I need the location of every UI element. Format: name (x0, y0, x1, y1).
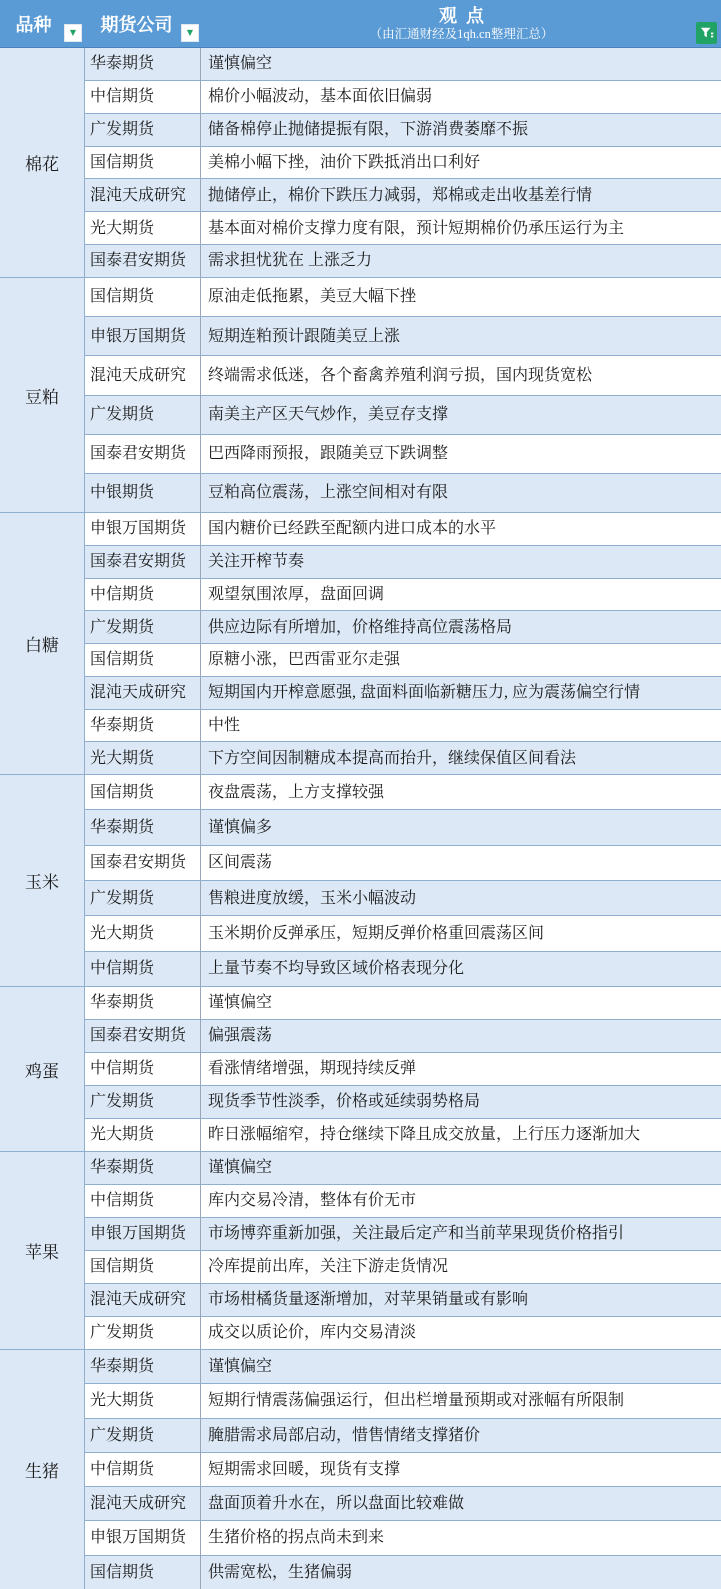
opinion-cell[interactable]: 基本面对棉价支撑力度有限，预计短期棉价仍承压运行为主 (201, 212, 721, 244)
opinion-cell[interactable]: 棉价小幅波动，基本面依旧偏弱 (201, 81, 721, 113)
commodity-label: 鸡蛋 (25, 1057, 59, 1082)
opinion-cell[interactable]: 上量节奏不均导致区域价格表现分化 (201, 952, 721, 986)
company-cell[interactable]: 华泰期货 (85, 1350, 201, 1383)
header-variety: 品种 ▼ (0, 0, 85, 47)
opinion-cell[interactable]: 需求担忧犹在 上涨乏力 (201, 245, 721, 277)
company-cell[interactable]: 国信期货 (85, 1556, 201, 1589)
company-cell[interactable]: 广发期货 (85, 1317, 201, 1349)
opinion-cell[interactable]: 偏强震荡 (201, 1020, 721, 1052)
opinion-cell[interactable]: 看涨情绪增强，期现持续反弹 (201, 1053, 721, 1085)
opinion-cell[interactable]: 豆粕高位震荡，上涨空间相对有限 (201, 474, 721, 512)
opinion-cell[interactable]: 谨慎偏空 (201, 48, 721, 80)
commodity-label: 棉花 (25, 150, 59, 175)
table-row: 国信期货 原糖小涨，巴西雷亚尔走强 (85, 644, 721, 677)
company-cell[interactable]: 广发期货 (85, 1086, 201, 1118)
table-row: 光大期货 基本面对棉价支撑力度有限，预计短期棉价仍承压运行为主 (85, 212, 721, 245)
table-row: 国泰君安期货 需求担忧犹在 上涨乏力 (85, 245, 721, 277)
table-row: 国信期货 冷库提前出库，关注下游走货情况 (85, 1251, 721, 1284)
opinion-cell[interactable]: 短期需求回暖，现货有支撑 (201, 1453, 721, 1486)
company-cell[interactable]: 混沌天成研究 (85, 179, 201, 211)
company-cell[interactable]: 混沌天成研究 (85, 1487, 201, 1520)
company-cell[interactable]: 中信期货 (85, 1053, 201, 1085)
company-cell[interactable]: 申银万国期货 (85, 513, 201, 545)
commodity-section: 玉米 国信期货 夜盘震荡，上方支撑较强 华泰期货 谨慎偏多 国泰君安期货 区间震… (0, 775, 721, 987)
company-cell[interactable]: 中信期货 (85, 1453, 201, 1486)
table-row: 中信期货 库内交易冷清，整体有价无市 (85, 1185, 721, 1218)
table-row: 光大期货 昨日涨幅缩窄，持仓继续下降且成交放量，上行压力逐渐加大 (85, 1119, 721, 1151)
opinion-cell[interactable]: 观望氛围浓厚，盘面回调 (201, 579, 721, 611)
opinion-cell[interactable]: 腌腊需求局部启动，惜售情绪支撑猪价 (201, 1419, 721, 1452)
company-cell[interactable]: 国泰君安期货 (85, 846, 201, 880)
table-row: 华泰期货 谨慎偏空 (85, 1152, 721, 1185)
company-cell[interactable]: 国信期货 (85, 1251, 201, 1283)
opinion-cell[interactable]: 盘面顶着升水在，所以盘面比较难做 (201, 1487, 721, 1520)
company-cell[interactable]: 华泰期货 (85, 987, 201, 1019)
table-row: 国信期货 美棉小幅下挫，油价下跌抵消出口利好 (85, 147, 721, 180)
company-cell[interactable]: 申银万国期货 (85, 1521, 201, 1554)
commodity-section: 白糖 申银万国期货 国内糖价已经跌至配额内进口成本的水平 国泰君安期货 关注开榨… (0, 513, 721, 775)
table-row: 中信期货 上量节奏不均导致区域价格表现分化 (85, 952, 721, 986)
company-cell[interactable]: 广发期货 (85, 396, 201, 434)
company-cell[interactable]: 华泰期货 (85, 48, 201, 80)
opinion-cell[interactable]: 市场博弈重新加强，关注最后定产和当前苹果现货价格指引 (201, 1218, 721, 1250)
commodity-cell[interactable]: 鸡蛋 (0, 987, 85, 1151)
futures-opinions-table: 品种 ▼ 期货公司 ▼ 观 点 （由汇通财经及1qh.cn整理汇总） 棉花 华泰… (0, 0, 721, 1589)
table-row: 国信期货 夜盘震荡，上方支撑较强 (85, 775, 721, 810)
commodity-cell[interactable]: 苹果 (0, 1152, 85, 1349)
table-row: 广发期货 售粮进度放缓，玉米小幅波动 (85, 881, 721, 916)
commodity-section: 生猪 华泰期货 谨慎偏空 光大期货 短期行情震荡偏强运行，但出栏增量预期或对涨幅… (0, 1350, 721, 1589)
commodity-section: 豆粕 国信期货 原油走低拖累，美豆大幅下挫 申银万国期货 短期连粕预计跟随美豆上… (0, 278, 721, 513)
table-body: 棉花 华泰期货 谨慎偏空 中信期货 棉价小幅波动，基本面依旧偏弱 广发期货 储备… (0, 48, 721, 1589)
opinion-cell[interactable]: 谨慎偏空 (201, 987, 721, 1019)
company-cell[interactable]: 国信期货 (85, 147, 201, 179)
table-row: 光大期货 短期行情震荡偏强运行，但出栏增量预期或对涨幅有所限制 (85, 1384, 721, 1418)
table-row: 混沌天成研究 终端需求低迷，各个畜禽养殖利润亏损，国内现货宽松 (85, 356, 721, 395)
section-rows: 华泰期货 谨慎偏空 中信期货 棉价小幅波动，基本面依旧偏弱 广发期货 储备棉停止… (85, 48, 721, 277)
filter-dropdown-icon: ▼ (70, 29, 76, 37)
opinion-cell[interactable]: 生猪价格的拐点尚未到来 (201, 1521, 721, 1554)
table-row: 华泰期货 谨慎偏空 (85, 987, 721, 1020)
table-row: 中信期货 短期需求回暖，现货有支撑 (85, 1453, 721, 1487)
opinion-cell[interactable]: 昨日涨幅缩窄，持仓继续下降且成交放量，上行压力逐渐加大 (201, 1119, 721, 1151)
section-rows: 国信期货 原油走低拖累，美豆大幅下挫 申银万国期货 短期连粕预计跟随美豆上涨 混… (85, 278, 721, 512)
table-row: 华泰期货 中性 (85, 710, 721, 743)
table-row: 华泰期货 谨慎偏空 (85, 1350, 721, 1384)
header-opinion-title: 观 点 (439, 6, 484, 27)
opinion-cell[interactable]: 短期连粕预计跟随美豆上涨 (201, 317, 721, 355)
table-row: 申银万国期货 市场博弈重新加强，关注最后定产和当前苹果现货价格指引 (85, 1218, 721, 1251)
opinion-cell[interactable]: 谨慎偏空 (201, 1152, 721, 1184)
company-cell[interactable]: 中信期货 (85, 1185, 201, 1217)
table-row: 国泰君安期货 区间震荡 (85, 846, 721, 881)
company-cell[interactable]: 混沌天成研究 (85, 677, 201, 709)
opinion-cell[interactable]: 关注开榨节奏 (201, 546, 721, 578)
commodity-cell[interactable]: 白糖 (0, 513, 85, 774)
opinion-cell[interactable]: 市场柑橘货量逐渐增加，对苹果销量或有影响 (201, 1284, 721, 1316)
table-row: 国泰君安期货 偏强震荡 (85, 1020, 721, 1053)
table-row: 广发期货 现货季节性淡季，价格或延续弱势格局 (85, 1086, 721, 1119)
table-row: 中银期货 豆粕高位震荡，上涨空间相对有限 (85, 474, 721, 512)
table-row: 华泰期货 谨慎偏多 (85, 810, 721, 845)
opinion-cell[interactable]: 储备棉停止抛储提振有限，下游消费萎靡不振 (201, 114, 721, 146)
company-cell[interactable]: 国泰君安期货 (85, 435, 201, 473)
company-filter-button[interactable]: ▼ (181, 24, 199, 42)
company-cell[interactable]: 光大期货 (85, 742, 201, 774)
table-row: 中信期货 看涨情绪增强，期现持续反弹 (85, 1053, 721, 1086)
table-row: 中信期货 棉价小幅波动，基本面依旧偏弱 (85, 81, 721, 114)
opinion-cell[interactable]: 南美主产区天气炒作，美豆存支撑 (201, 396, 721, 434)
section-rows: 华泰期货 谨慎偏空 光大期货 短期行情震荡偏强运行，但出栏增量预期或对涨幅有所限… (85, 1350, 721, 1589)
commodity-section: 棉花 华泰期货 谨慎偏空 中信期货 棉价小幅波动，基本面依旧偏弱 广发期货 储备… (0, 48, 721, 278)
table-row: 申银万国期货 短期连粕预计跟随美豆上涨 (85, 317, 721, 356)
opinion-cell[interactable]: 终端需求低迷，各个畜禽养殖利润亏损，国内现货宽松 (201, 356, 721, 394)
commodity-section: 苹果 华泰期货 谨慎偏空 中信期货 库内交易冷清，整体有价无市 申银万国期货 市… (0, 1152, 721, 1350)
table-row: 申银万国期货 生猪价格的拐点尚未到来 (85, 1521, 721, 1555)
opinion-cell[interactable]: 区间震荡 (201, 846, 721, 880)
table-row: 国泰君安期货 关注开榨节奏 (85, 546, 721, 579)
commodity-cell[interactable]: 生猪 (0, 1350, 85, 1589)
section-rows: 国信期货 夜盘震荡，上方支撑较强 华泰期货 谨慎偏多 国泰君安期货 区间震荡 广… (85, 775, 721, 986)
commodity-section: 鸡蛋 华泰期货 谨慎偏空 国泰君安期货 偏强震荡 中信期货 看涨情绪增强，期现持… (0, 987, 721, 1152)
company-cell[interactable]: 广发期货 (85, 611, 201, 643)
opinion-cell[interactable]: 谨慎偏多 (201, 810, 721, 844)
table-row: 广发期货 供应边际有所增加，价格维持高位震荡格局 (85, 611, 721, 644)
company-cell[interactable]: 中信期货 (85, 952, 201, 986)
opinion-cell[interactable]: 短期国内开榨意愿强, 盘面料面临新糖压力, 应为震荡偏空行情 (201, 677, 721, 709)
company-cell[interactable]: 光大期货 (85, 916, 201, 950)
opinion-cell[interactable]: 玉米期价反弹承压，短期反弹价格重回震荡区间 (201, 916, 721, 950)
section-rows: 华泰期货 谨慎偏空 中信期货 库内交易冷清，整体有价无市 申银万国期货 市场博弈… (85, 1152, 721, 1349)
opinion-cell[interactable]: 短期行情震荡偏强运行，但出栏增量预期或对涨幅有所限制 (201, 1384, 721, 1417)
commodity-cell[interactable]: 玉米 (0, 775, 85, 986)
section-rows: 华泰期货 谨慎偏空 国泰君安期货 偏强震荡 中信期货 看涨情绪增强，期现持续反弹… (85, 987, 721, 1151)
opinion-cell[interactable]: 库内交易冷清，整体有价无市 (201, 1185, 721, 1217)
table-row: 混沌天成研究 短期国内开榨意愿强, 盘面料面临新糖压力, 应为震荡偏空行情 (85, 677, 721, 710)
table-row: 混沌天成研究 盘面顶着升水在，所以盘面比较难做 (85, 1487, 721, 1521)
company-cell[interactable]: 国泰君安期货 (85, 546, 201, 578)
header-variety-label: 品种 (16, 11, 52, 37)
company-cell[interactable]: 混沌天成研究 (85, 1284, 201, 1316)
table-row: 广发期货 储备棉停止抛储提振有限，下游消费萎靡不振 (85, 114, 721, 147)
table-row: 光大期货 下方空间因制糖成本提高而抬升，继续保值区间看法 (85, 742, 721, 774)
company-cell[interactable]: 华泰期货 (85, 710, 201, 742)
table-row: 光大期货 玉米期价反弹承压，短期反弹价格重回震荡区间 (85, 916, 721, 951)
company-cell[interactable]: 光大期货 (85, 1119, 201, 1151)
opinion-cell[interactable]: 夜盘震荡，上方支撑较强 (201, 775, 721, 809)
opinion-cell[interactable]: 售粮进度放缓，玉米小幅波动 (201, 881, 721, 915)
table-row: 混沌天成研究 抛储停止，棉价下跌压力减弱，郑棉或走出收基差行情 (85, 179, 721, 212)
header-company-label: 期货公司 (101, 11, 173, 37)
filter-funnel-icon (700, 26, 714, 40)
company-cell[interactable]: 混沌天成研究 (85, 356, 201, 394)
commodity-cell[interactable]: 豆粕 (0, 278, 85, 512)
opinion-cell[interactable]: 现货季节性淡季，价格或延续弱势格局 (201, 1086, 721, 1118)
company-cell[interactable]: 广发期货 (85, 1419, 201, 1452)
section-rows: 申银万国期货 国内糖价已经跌至配额内进口成本的水平 国泰君安期货 关注开榨节奏 … (85, 513, 721, 774)
commodity-label: 白糖 (25, 631, 59, 656)
company-cell[interactable]: 国信期货 (85, 278, 201, 316)
table-row: 国泰君安期货 巴西降雨预报，跟随美豆下跌调整 (85, 435, 721, 474)
company-cell[interactable]: 中信期货 (85, 579, 201, 611)
opinion-cell[interactable]: 美棉小幅下挫，油价下跌抵消出口利好 (201, 147, 721, 179)
table-row: 广发期货 腌腊需求局部启动，惜售情绪支撑猪价 (85, 1419, 721, 1453)
header-company: 期货公司 ▼ (85, 0, 202, 47)
commodity-label: 苹果 (25, 1238, 59, 1263)
table-row: 广发期货 南美主产区天气炒作，美豆存支撑 (85, 396, 721, 435)
company-cell[interactable]: 国信期货 (85, 775, 201, 809)
opinion-cell[interactable]: 谨慎偏空 (201, 1350, 721, 1383)
company-cell[interactable]: 中信期货 (85, 81, 201, 113)
commodity-label: 玉米 (25, 868, 59, 893)
company-cell[interactable]: 中银期货 (85, 474, 201, 512)
variety-filter-button[interactable]: ▼ (64, 24, 82, 42)
company-cell[interactable]: 国泰君安期货 (85, 1020, 201, 1052)
table-row: 国信期货 供需宽松，生猪偏弱 (85, 1556, 721, 1589)
company-cell[interactable]: 广发期货 (85, 114, 201, 146)
company-cell[interactable]: 国信期货 (85, 644, 201, 676)
company-cell[interactable]: 国泰君安期货 (85, 245, 201, 277)
company-cell[interactable]: 华泰期货 (85, 810, 201, 844)
opinion-cell[interactable]: 供需宽松，生猪偏弱 (201, 1556, 721, 1589)
opinion-cell[interactable]: 原油走低拖累，美豆大幅下挫 (201, 278, 721, 316)
table-row: 国信期货 原油走低拖累，美豆大幅下挫 (85, 278, 721, 317)
company-cell[interactable]: 申银万国期货 (85, 317, 201, 355)
company-cell[interactable]: 广发期货 (85, 881, 201, 915)
opinion-cell[interactable]: 下方空间因制糖成本提高而抬升，继续保值区间看法 (201, 742, 721, 774)
company-cell[interactable]: 光大期货 (85, 212, 201, 244)
table-row: 申银万国期货 国内糖价已经跌至配额内进口成本的水平 (85, 513, 721, 546)
header-opinion: 观 点 （由汇通财经及1qh.cn整理汇总） (202, 0, 721, 47)
opinion-cell[interactable]: 原糖小涨，巴西雷亚尔走强 (201, 644, 721, 676)
company-cell[interactable]: 华泰期货 (85, 1152, 201, 1184)
opinion-cell[interactable]: 冷库提前出库，关注下游走货情况 (201, 1251, 721, 1283)
table-filter-button[interactable] (696, 22, 717, 44)
commodity-label: 生猪 (25, 1457, 59, 1482)
opinion-cell[interactable]: 抛储停止，棉价下跌压力减弱，郑棉或走出收基差行情 (201, 179, 721, 211)
company-cell[interactable]: 申银万国期货 (85, 1218, 201, 1250)
company-cell[interactable]: 光大期货 (85, 1384, 201, 1417)
opinion-cell[interactable]: 巴西降雨预报，跟随美豆下跌调整 (201, 435, 721, 473)
commodity-cell[interactable]: 棉花 (0, 48, 85, 277)
opinion-cell[interactable]: 国内糖价已经跌至配额内进口成本的水平 (201, 513, 721, 545)
table-row: 中信期货 观望氛围浓厚，盘面回调 (85, 579, 721, 612)
commodity-label: 豆粕 (25, 383, 59, 408)
table-row: 广发期货 成交以质论价，库内交易清淡 (85, 1317, 721, 1349)
table-row: 混沌天成研究 市场柑橘货量逐渐增加，对苹果销量或有影响 (85, 1284, 721, 1317)
table-row: 华泰期货 谨慎偏空 (85, 48, 721, 81)
table-header: 品种 ▼ 期货公司 ▼ 观 点 （由汇通财经及1qh.cn整理汇总） (0, 0, 721, 48)
header-opinion-subtitle: （由汇通财经及1qh.cn整理汇总） (370, 27, 554, 41)
opinion-cell[interactable]: 供应边际有所增加，价格维持高位震荡格局 (201, 611, 721, 643)
filter-dropdown-icon: ▼ (187, 29, 193, 37)
opinion-cell[interactable]: 成交以质论价，库内交易清淡 (201, 1317, 721, 1349)
opinion-cell[interactable]: 中性 (201, 710, 721, 742)
